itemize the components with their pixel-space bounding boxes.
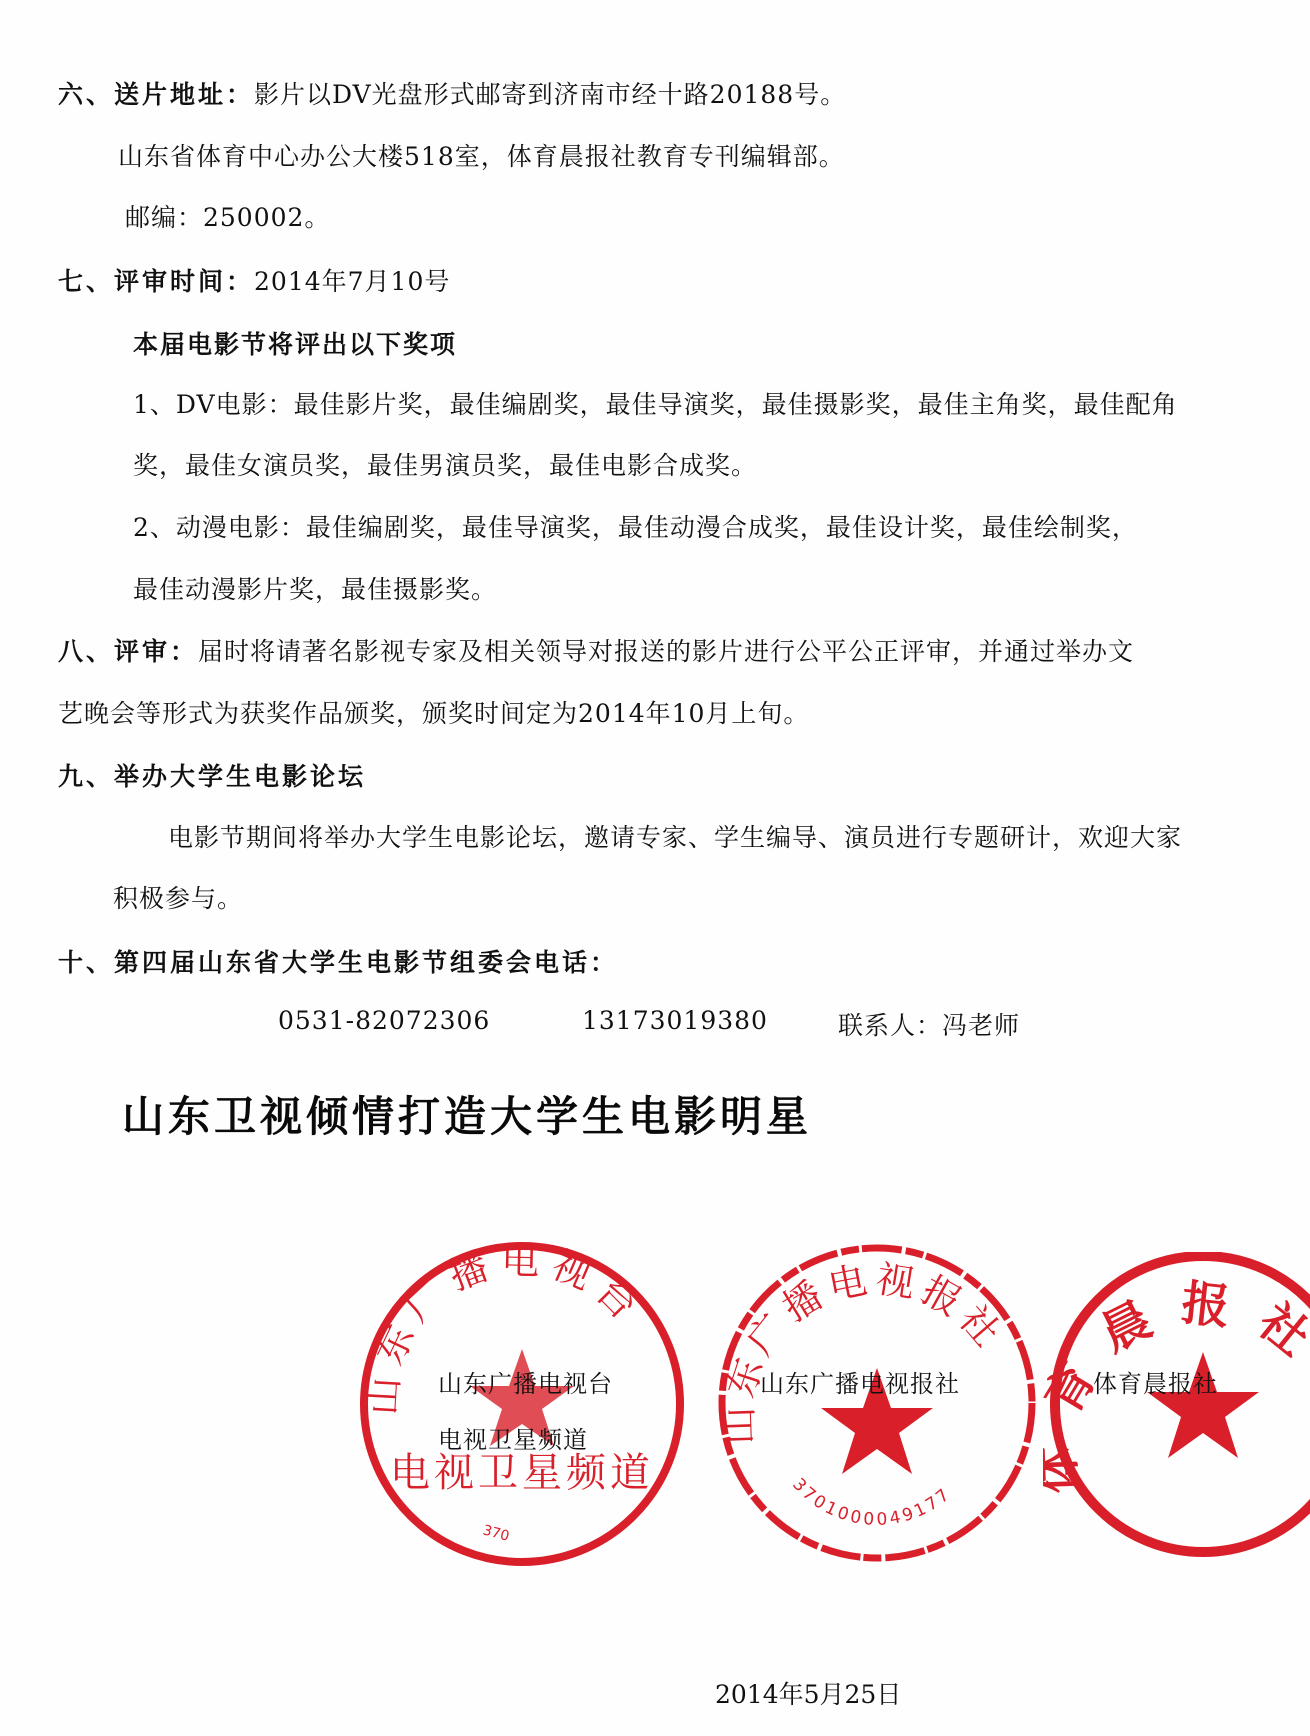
- award-anime-line2: 最佳动漫影片奖，最佳摄影奖。: [133, 575, 497, 605]
- seal-shandong-tv-news: 山东广播电视报社 3701000049177 山东广播电视报社: [712, 1238, 1042, 1568]
- document-date: 2014年5月25日: [715, 1675, 901, 1711]
- section-eight-label: 八、评审：: [58, 637, 198, 666]
- section-eight-line2: 艺晚会等形式为获奖作品颁奖，颁奖时间定为2014年10月上旬。: [58, 699, 809, 729]
- section-ten-label: 十、第四届山东省大学生电影节组委会电话：: [58, 948, 618, 978]
- section-nine-line2: 积极参与。: [113, 884, 243, 914]
- section-six-line1: 六、送片地址：影片以DV光盘形式邮寄到济南市经十路20188号。: [58, 80, 846, 110]
- seal-shandong-tv: 山东广播电视台 电视卫星频道 370 山东广播电视台 电视卫星频道: [352, 1234, 692, 1574]
- section-seven-text: 2014年7月10号: [254, 267, 450, 296]
- section-six-line2: 山东省体育中心办公大楼518室，体育晨报社教育专刊编辑部。: [118, 142, 845, 172]
- section-seven-line1: 七、评审时间：2014年7月10号: [58, 267, 450, 297]
- seal-sports-morning-news: 体育晨报社 体育晨报社: [1043, 1252, 1310, 1572]
- svg-text:电视卫星频道: 电视卫星频道: [390, 1450, 654, 1496]
- section-eight-text: 届时将请著名影视专家及相关领导对报送的影片进行公平公正评审，并通过举办文: [198, 637, 1134, 666]
- award-dv-line2: 奖，最佳女演员奖，最佳男演员奖，最佳电影合成奖。: [133, 451, 757, 481]
- svg-text:3701000049177: 3701000049177: [788, 1475, 955, 1530]
- phone-mobile: 13173019380: [582, 1006, 768, 1035]
- section-eight-line1: 八、评审：届时将请著名影视专家及相关领导对报送的影片进行公平公正评审，并通过举办…: [58, 637, 1134, 667]
- phone-landline: 0531-82072306: [278, 1006, 490, 1035]
- seal-sports-morning-news-icon: 体育晨报社: [1043, 1252, 1310, 1572]
- seal-shandong-tv-icon: 山东广播电视台 电视卫星频道 370: [352, 1234, 692, 1574]
- contact-person: 联系人：冯老师: [838, 1006, 1020, 1042]
- section-six-line3: 邮编：250002。: [125, 203, 330, 233]
- section-nine-label: 九、举办大学生电影论坛: [58, 762, 366, 792]
- section-six-text: 影片以DV光盘形式邮寄到济南市经十路20188号。: [254, 80, 846, 109]
- seal-shandong-tv-news-icon: 山东广播电视报社 3701000049177: [712, 1238, 1042, 1568]
- seal-3-label: 体育晨报社: [1093, 1364, 1218, 1399]
- award-anime-line1: 2、动漫电影：最佳编剧奖，最佳导演奖，最佳动漫合成奖，最佳设计奖，最佳绘制奖，: [133, 513, 1138, 543]
- awards-heading: 本届电影节将评出以下奖项: [133, 330, 457, 360]
- section-six-label: 六、送片地址：: [58, 80, 254, 109]
- award-dv-line1: 1、DV电影：最佳影片奖，最佳编剧奖，最佳导演奖，最佳摄影奖，最佳主角奖，最佳配…: [133, 390, 1178, 420]
- promo-heading: 山东卫视倾情打造大学生电影明星: [122, 1084, 812, 1144]
- section-seven-label: 七、评审时间：: [58, 267, 254, 296]
- svg-text:370: 370: [481, 1522, 511, 1544]
- section-nine-line1: 电影节期间将举办大学生电影论坛，邀请专家、学生编导、演员进行专题研计，欢迎大家: [168, 823, 1182, 853]
- seal-2-label: 山东广播电视报社: [760, 1364, 960, 1399]
- seal-1-label-line1: 山东广播电视台: [438, 1364, 613, 1399]
- seal-1-label-line2: 电视卫星频道: [438, 1420, 588, 1455]
